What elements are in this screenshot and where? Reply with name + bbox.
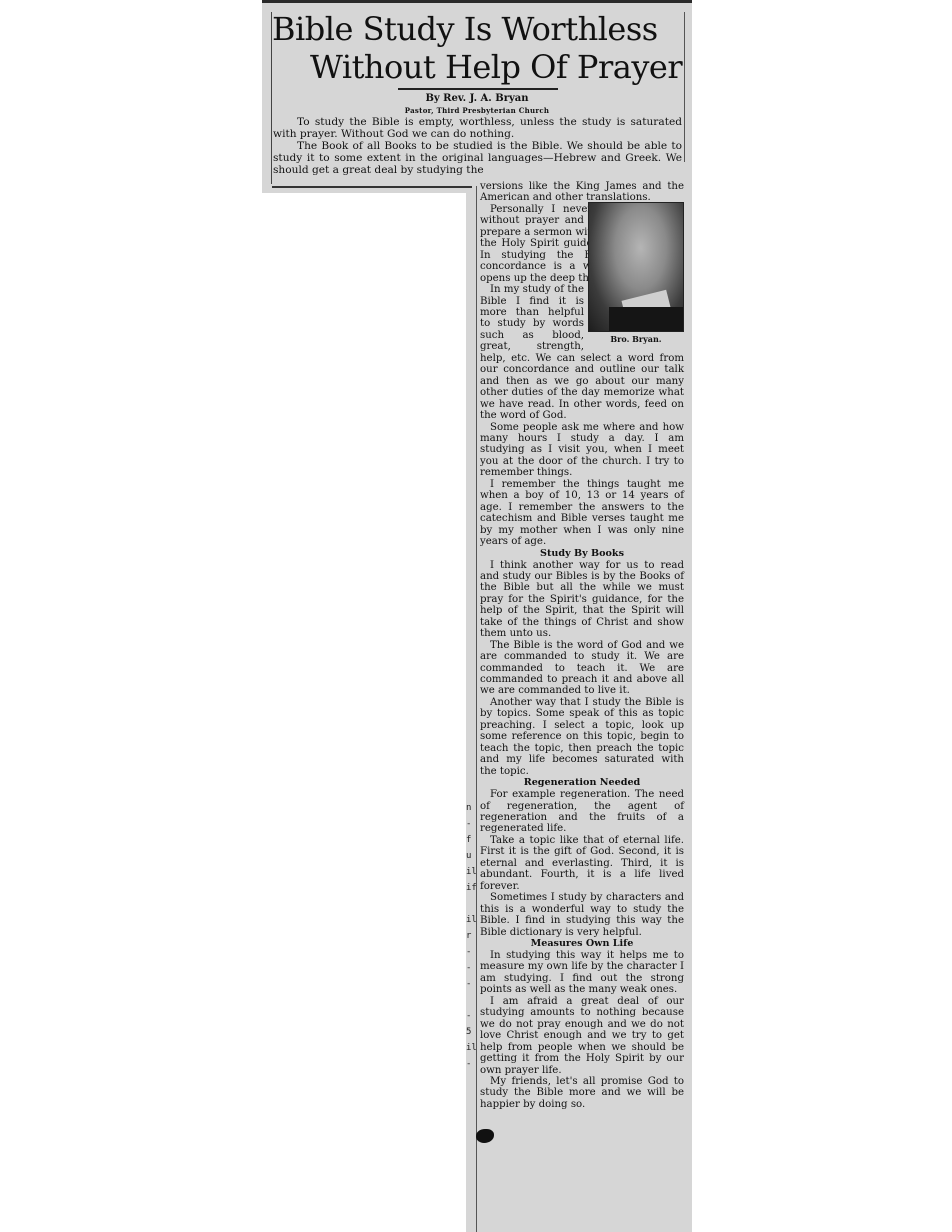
paragraph: Some people ask me where and how many ho…	[480, 422, 684, 479]
paragraph: My friends, let's all promise God to stu…	[480, 1076, 684, 1110]
adjacent-column-fragments: n - f u il if il r - - - - 5 il -	[466, 800, 474, 1220]
paragraph: The Bible is the word of God and we are …	[480, 640, 684, 697]
subhead-study-by-books: Study By Books	[480, 548, 684, 560]
lead-paragraph: To study the Bible is empty, worthless, …	[273, 116, 682, 140]
paragraph: I am afraid a great deal of our studying…	[480, 996, 684, 1076]
author-photo: Bro. Bryan.	[588, 202, 684, 348]
byline: By Rev. J. A. Bryan	[272, 93, 682, 104]
headline-line-2: Without Help Of Prayer	[272, 48, 686, 86]
headline: Bible Study Is Worthless Without Help Of…	[272, 10, 686, 86]
paragraph: versions like the King James and the Ame…	[480, 181, 684, 204]
paragraph: In studying this way it helps me to meas…	[480, 950, 684, 996]
paragraph: For example regeneration. The need of re…	[480, 789, 684, 835]
paragraph: I think another way for us to read and s…	[480, 560, 684, 640]
byline-title: Pastor, Third Presbyterian Church	[272, 106, 682, 115]
column-divider-rule	[476, 186, 477, 1232]
paragraph: Sometimes I study by characters and this…	[480, 892, 684, 938]
paragraph: Take a topic like that of eternal life. …	[480, 835, 684, 892]
subhead-regeneration-needed: Regeneration Needed	[480, 777, 684, 789]
article-column: versions like the King James and the Ame…	[480, 181, 684, 1110]
headline-line-1: Bible Study Is Worthless	[272, 10, 686, 48]
lead-text: To study the Bible is empty, worthless, …	[273, 116, 682, 176]
lead-paragraph: The Book of all Books to be studied is t…	[273, 140, 682, 176]
portrait-image	[588, 202, 684, 332]
headline-underline	[398, 88, 558, 90]
photo-caption: Bro. Bryan.	[588, 332, 684, 346]
paragraph: Another way that I study the Bible is by…	[480, 697, 684, 777]
horizontal-rule	[272, 186, 472, 188]
subhead-measures-own-life: Measures Own Life	[480, 938, 684, 950]
paragraph: I remember the things taught me when a b…	[480, 479, 684, 548]
